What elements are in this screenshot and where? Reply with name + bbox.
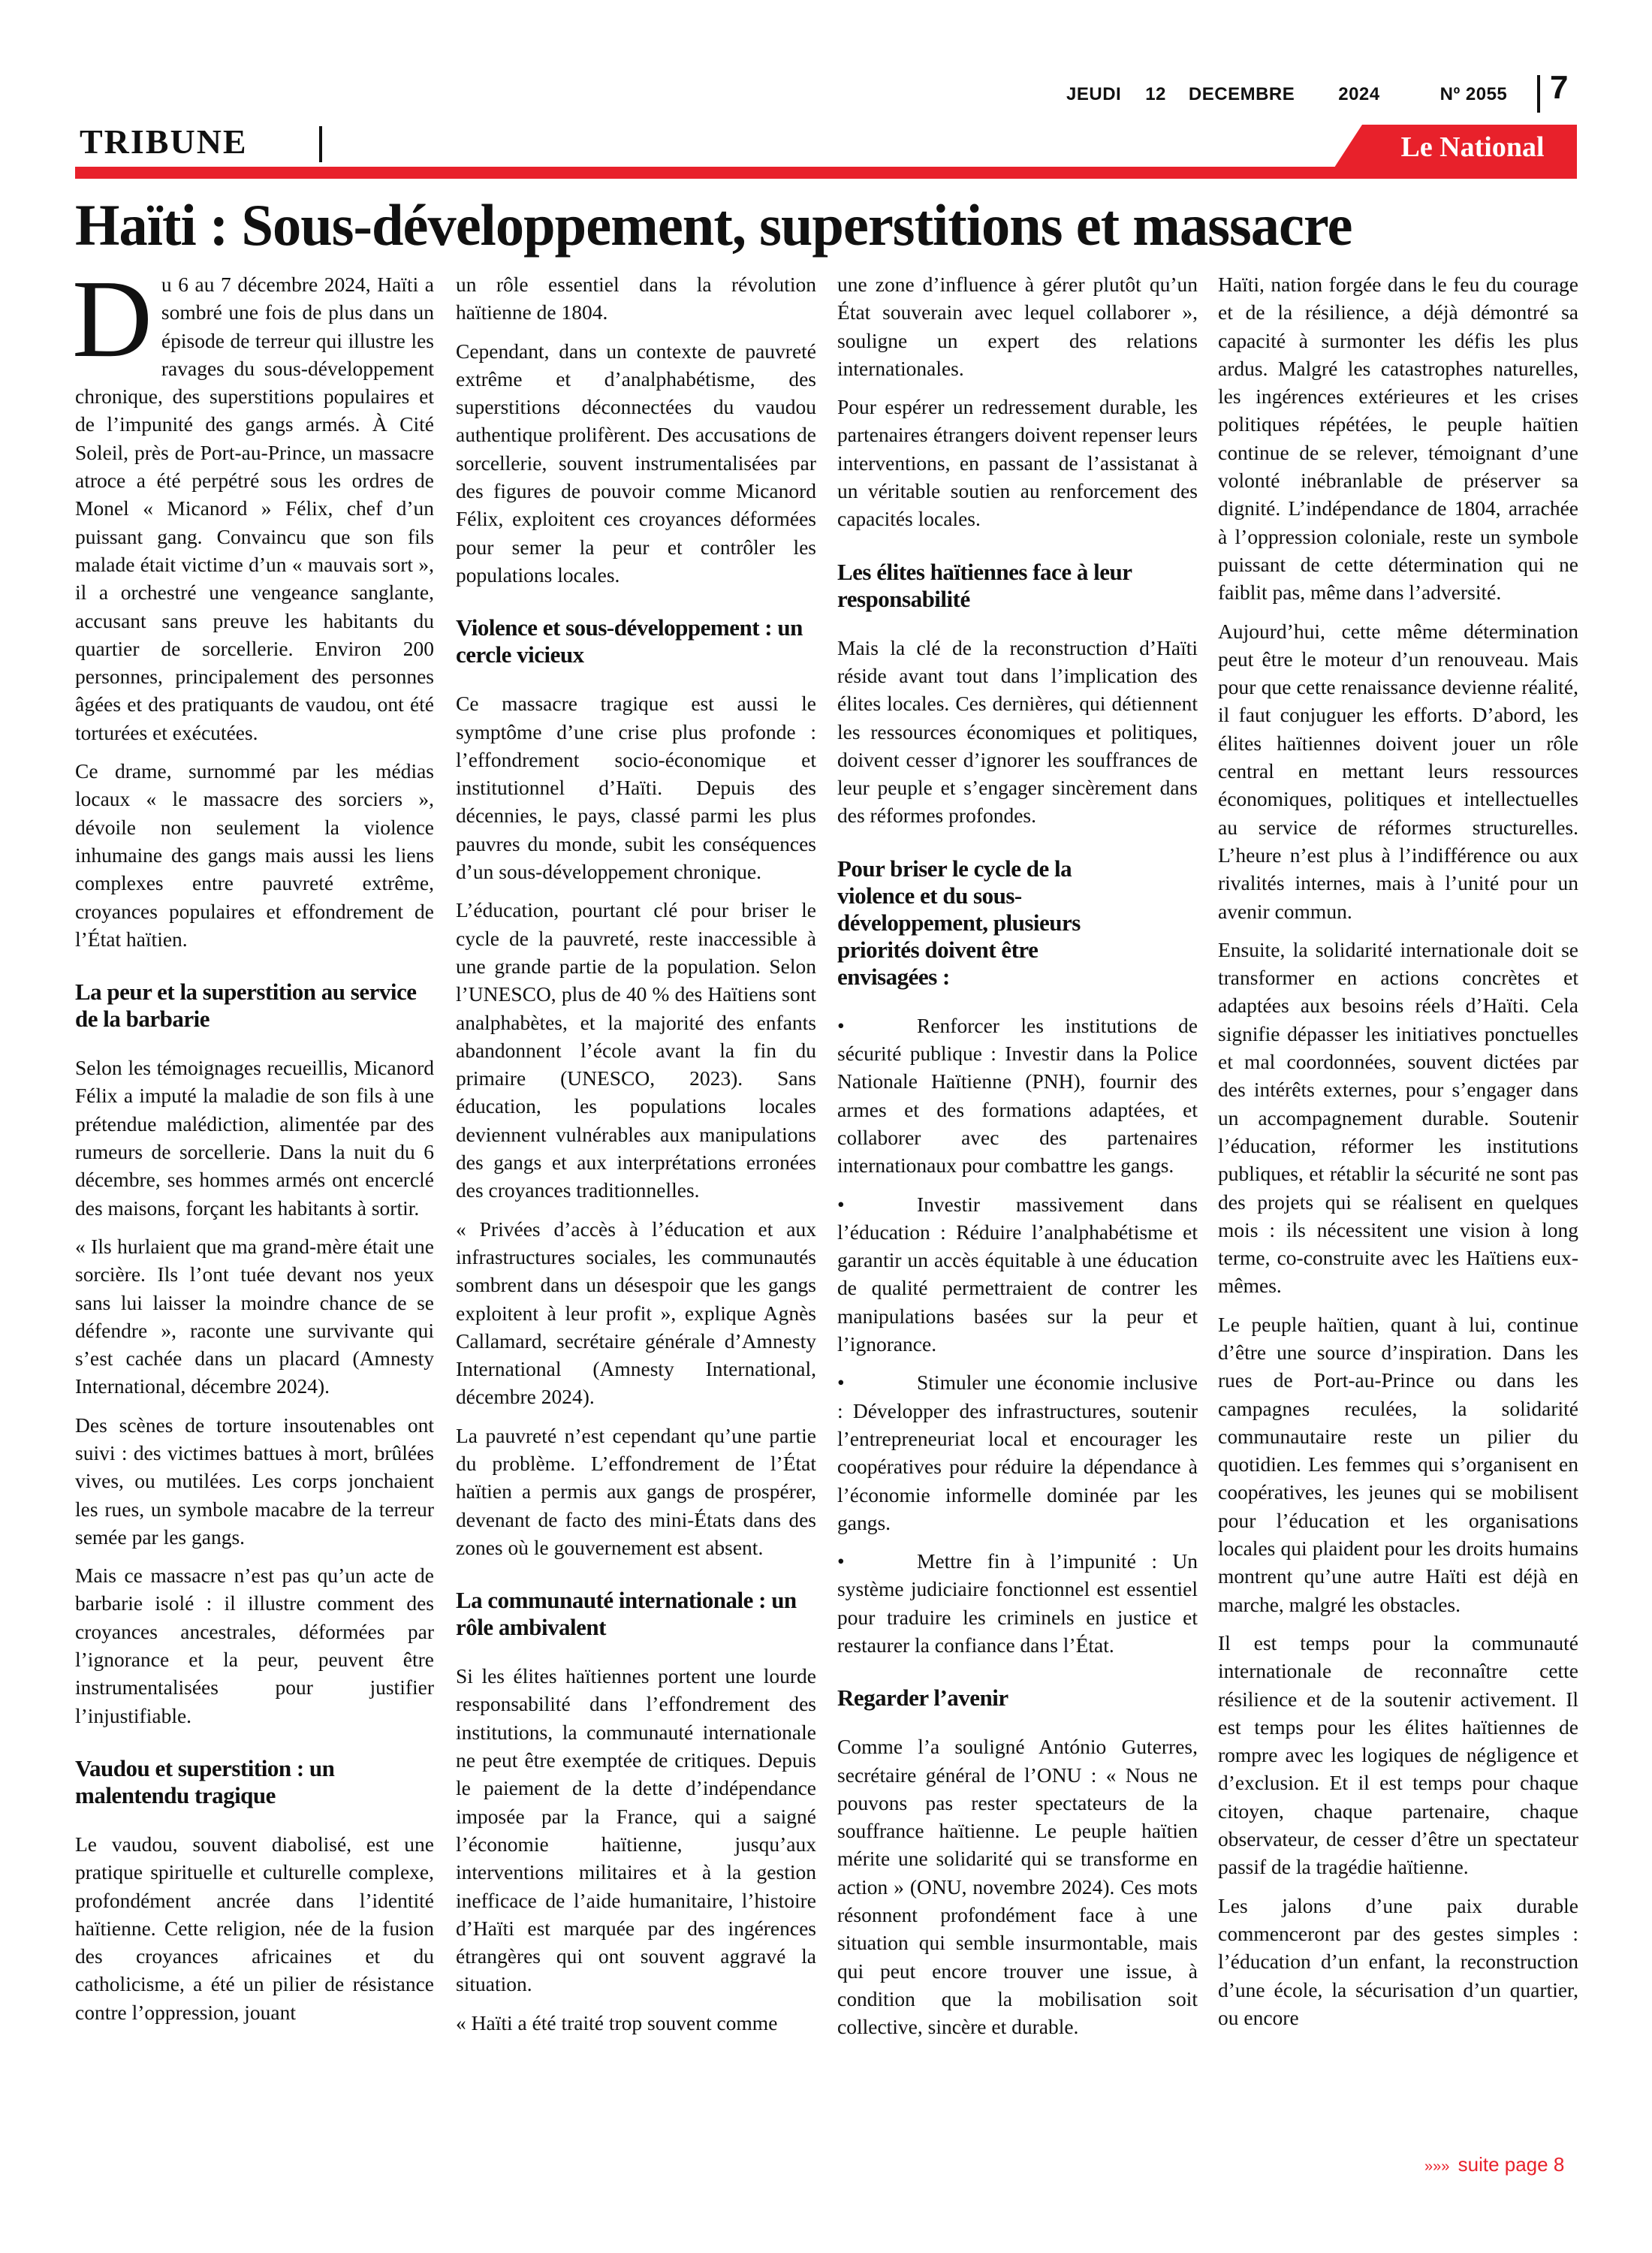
paragraph: Aujourd’hui, cette même détermination pe… [1218,617,1578,925]
bullet-item: •Mettre fin à l’impunité : Un système ju… [837,1547,1198,1659]
paragraph: Mais la clé de la reconstruction d’Haïti… [837,634,1198,830]
paragraph: L’éducation, pourtant clé pour briser le… [456,896,816,1204]
date-day: JEUDI [1066,84,1121,105]
section-heading: Vaudou et superstition : un malentendu t… [75,1755,434,1809]
paragraph: Pour espérer un redressement durable, le… [837,393,1198,532]
article-column-2: un rôle essentiel dans la révolution haï… [456,270,816,2047]
paragraph: Si les élites haïtiennes portent une lou… [456,1662,816,1998]
paragraph: Du 6 au 7 décembre 2024, Haïti a sombré … [75,270,434,746]
paragraph: un rôle essentiel dans la révolution haï… [456,270,816,327]
paragraph: Des scènes de torture insoutenables ont … [75,1411,434,1551]
continue-arrows-icon: »»» [1424,2158,1449,2175]
dateline: JEUDI 12 DECEMBRE 2024 Nº 2055 [1066,84,1531,105]
paragraph: Mais ce massacre n’est pas qu’un acte de… [75,1561,434,1730]
paragraph: Le vaudou, souvent diabolisé, est une pr… [75,1830,434,2026]
bullet-item: •Stimuler une économie inclusive : Dével… [837,1368,1198,1537]
section-heading: Violence et sous-développement : un cerc… [456,614,816,668]
section-heading: Les élites haïtiennes face à leur respon… [837,559,1198,613]
brand-logo: Le National [1374,131,1571,164]
article-column-1: Du 6 au 7 décembre 2024, Haïti a sombré … [75,270,434,2037]
paragraph: une zone d’influence à gérer plutôt qu’u… [837,270,1198,382]
continued-on-link[interactable]: »»» suite page 8 [1424,2153,1564,2176]
paragraph: Comme l’a souligné António Guterres, sec… [837,1733,1198,2040]
section-heading: Regarder l’avenir [837,1684,1198,1712]
paragraph: Le peuple haïtien, quant à lui, continue… [1218,1310,1578,1618]
bullet-icon: • [837,1368,917,1396]
article-column-4: Haïti, nation forgée dans le feu du cour… [1218,270,1578,2042]
paragraph: Cependant, dans un contexte de pauvreté … [456,337,816,590]
article-title: Haïti : Sous-développement, superstition… [75,192,1352,259]
date-number: 12 [1145,84,1166,105]
continued-label: suite page 8 [1458,2153,1565,2176]
bullet-icon: • [837,1547,917,1575]
section-heading: La peur et la superstition au service de… [75,979,434,1033]
red-rule [75,167,1577,179]
bullet-icon: • [837,1012,917,1039]
paragraph: Les jalons d’une paix durable commencero… [1218,1892,1578,2031]
paragraph: Haïti, nation forgée dans le feu du cour… [1218,270,1578,607]
paragraph: Ce massacre tragique est aussi le symptô… [456,689,816,885]
date-year: 2024 [1338,84,1379,105]
section-divider [319,126,322,162]
paragraph: « Privées d’accès à l’éducation et aux i… [456,1215,816,1411]
paragraph: Ensuite, la solidarité internationale do… [1218,936,1578,1300]
date-month: DECEMBRE [1189,84,1295,105]
paragraph: « Ils hurlaient que ma grand-mère était … [75,1232,434,1401]
paragraph: Il est temps pour la communauté internat… [1218,1629,1578,1881]
paragraph: Selon les témoignages recueillis, Micano… [75,1054,434,1222]
paragraph: Ce drame, surnommé par les médias locaux… [75,757,434,953]
drop-cap: D [72,275,152,363]
section-label: TRIBUNE [80,122,248,161]
page-number-divider [1537,75,1540,113]
bullet-item: •Investir massivement dans l’éducation :… [837,1190,1198,1359]
bullet-icon: • [837,1190,917,1218]
bullet-item: •Renforcer les institutions de sécurité … [837,1012,1198,1180]
paragraph: « Haïti a été traité trop souvent comme [456,2009,816,2037]
paragraph: La pauvreté n’est cependant qu’une parti… [456,1422,816,1561]
page-number: 7 [1550,69,1568,107]
section-heading: Pour briser le cycle de la violence et d… [837,855,1108,991]
section-heading: La communauté internationale : un rôle a… [456,1587,816,1641]
article-column-3: une zone d’influence à gérer plutôt qu’u… [837,270,1198,2052]
issue-number: Nº 2055 [1440,84,1508,105]
